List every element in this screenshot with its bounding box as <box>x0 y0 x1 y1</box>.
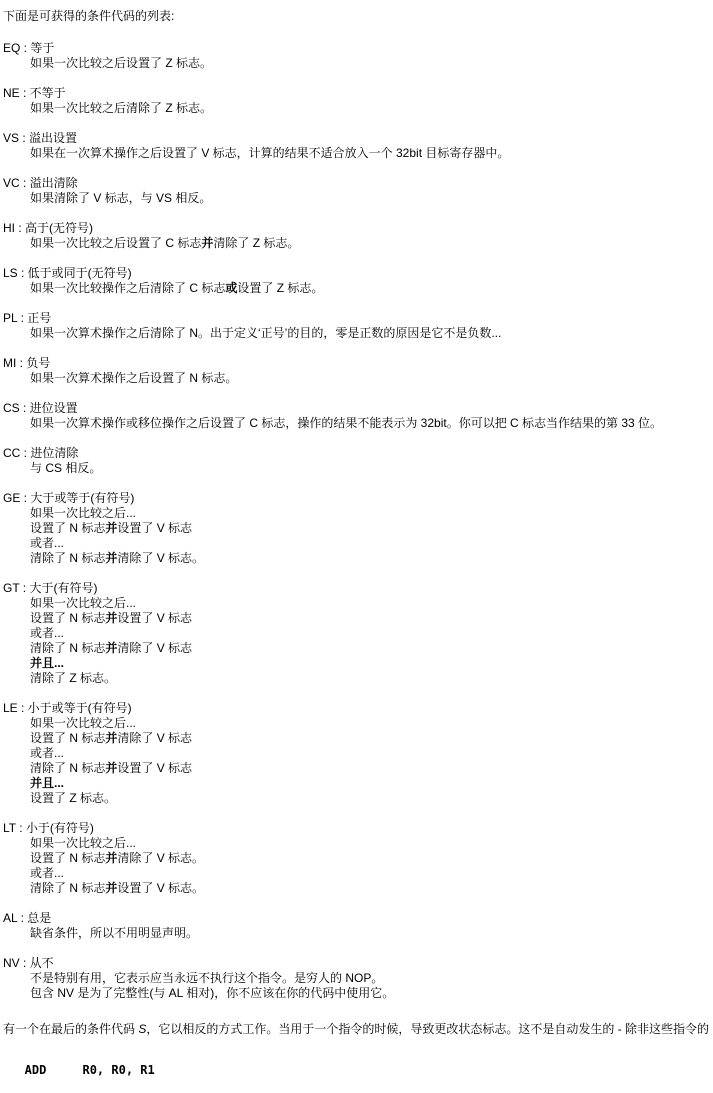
description-segment: 设置了 N 标志 <box>30 731 105 745</box>
description-line: 或者... <box>30 536 713 551</box>
footer-segment: 有一个在最后的条件代码 <box>3 1022 138 1036</box>
condition-heading: CS : 进位设置 <box>3 401 713 416</box>
condition-heading: LS : 低于或同于(无符号) <box>3 266 713 281</box>
document: 下面是可获得的条件代码的列表: EQ : 等于如果一次比较之后设置了 Z 标志。… <box>0 0 713 1078</box>
description-segment: 清除了 Z 标志。 <box>213 236 299 250</box>
condition-description: 不是特别有用，它表示应当永远不执行这个指令。是穷人的 NOP。包含 NV 是为了… <box>30 971 713 1001</box>
description-line: 设置了 N 标志并清除了 V 标志。 <box>30 851 713 866</box>
page-title: 下面是可获得的条件代码的列表: <box>3 9 713 24</box>
description-line: 如果一次比较之后... <box>30 716 713 731</box>
description-segment: 如果一次比较之后设置了 C 标志 <box>30 236 201 250</box>
condition-section-LT: LT : 小于(有符号)如果一次比较之后...设置了 N 标志并清除了 V 标志… <box>3 821 713 896</box>
condition-description: 如果一次比较之后设置了 C 标志并清除了 Z 标志。 <box>30 236 713 251</box>
description-line: 与 CS 相反。 <box>30 461 713 476</box>
description-segment: 包含 NV 是为了完整性(与 AL 相对)，你不应该在你的代码中使用它。 <box>30 986 394 1000</box>
description-line: 如果一次比较之后设置了 Z 标志。 <box>30 56 713 71</box>
description-segment: 设置了 V 标志 <box>117 521 192 535</box>
description-segment: 如果一次比较之后... <box>30 506 136 520</box>
description-line: 如果一次算术操作之后清除了 N。出于定义‘正号’的目的，零是正数的原因是它不是负… <box>30 326 713 341</box>
description-segment: 并且... <box>30 656 64 670</box>
description-segment: 设置了 V 标志。 <box>117 881 204 895</box>
condition-heading: NV : 从不 <box>3 956 713 971</box>
code-line: ADD R0, R0, R1 <box>3 1063 713 1078</box>
description-line: 如果清除了 V 标志，与 VS 相反。 <box>30 191 713 206</box>
condition-section-PL: PL : 正号如果一次算术操作之后清除了 N。出于定义‘正号’的目的，零是正数的… <box>3 311 713 341</box>
condition-heading: MI : 负号 <box>3 356 713 371</box>
condition-heading: VS : 溢出设置 <box>3 131 713 146</box>
description-segment: 并且... <box>30 776 64 790</box>
description-line: 清除了 N 标志并清除了 V 标志。 <box>30 551 713 566</box>
condition-code-list: EQ : 等于如果一次比较之后设置了 Z 标志。NE : 不等于如果一次比较之后… <box>3 41 713 1001</box>
condition-section-AL: AL : 总是缺省条件，所以不用明显声明。 <box>3 911 713 941</box>
condition-section-NE: NE : 不等于如果一次比较之后清除了 Z 标志。 <box>3 86 713 116</box>
description-line: 清除了 N 标志并设置了 V 标志 <box>30 761 713 776</box>
condition-description: 缺省条件，所以不用明显声明。 <box>30 926 713 941</box>
condition-section-NV: NV : 从不不是特别有用，它表示应当永远不执行这个指令。是穷人的 NOP。包含… <box>3 956 713 1001</box>
condition-description: 如果清除了 V 标志，与 VS 相反。 <box>30 191 713 206</box>
condition-description: 如果一次比较之后...设置了 N 标志并设置了 V 标志或者...清除了 N 标… <box>30 506 713 566</box>
condition-heading: NE : 不等于 <box>3 86 713 101</box>
description-line: 或者... <box>30 746 713 761</box>
condition-heading: EQ : 等于 <box>3 41 713 56</box>
description-segment: 或者... <box>30 866 64 880</box>
condition-description: 如果一次算术操作之后设置了 N 标志。 <box>30 371 713 386</box>
description-line: 如果一次比较之后... <box>30 836 713 851</box>
condition-description: 如果一次比较之后清除了 Z 标志。 <box>30 101 713 116</box>
description-line: 清除了 N 标志并清除了 V 标志 <box>30 641 713 656</box>
description-segment: 并 <box>201 236 213 250</box>
description-line: 清除了 N 标志并设置了 V 标志。 <box>30 881 713 896</box>
description-segment: 清除了 Z 标志。 <box>30 671 116 685</box>
description-segment: 如果一次比较操作之后清除了 C 标志 <box>30 281 225 295</box>
condition-description: 与 CS 相反。 <box>30 461 713 476</box>
description-segment: 设置了 V 标志 <box>117 611 192 625</box>
description-segment: 不是特别有用，它表示应当永远不执行这个指令。是穷人的 NOP。 <box>30 971 383 985</box>
description-segment: 并 <box>105 641 117 655</box>
condition-description: 如果一次比较操作之后清除了 C 标志或设置了 Z 标志。 <box>30 281 713 296</box>
condition-section-GT: GT : 大于(有符号)如果一次比较之后...设置了 N 标志并设置了 V 标志… <box>3 581 713 686</box>
description-line: 缺省条件，所以不用明显声明。 <box>30 926 713 941</box>
description-segment: 如果一次算术操作之后设置了 N 标志。 <box>30 371 237 385</box>
description-segment: 与 CS 相反。 <box>30 461 101 475</box>
condition-description: 如果一次比较之后...设置了 N 标志并设置了 V 标志或者...清除了 N 标… <box>30 596 713 686</box>
description-line: 并且... <box>30 776 713 791</box>
description-segment: 并 <box>105 761 117 775</box>
condition-section-CS: CS : 进位设置如果一次算术操作或移位操作之后设置了 C 标志，操作的结果不能… <box>3 401 713 431</box>
condition-heading: HI : 高于(无符号) <box>3 221 713 236</box>
description-segment: 并 <box>105 521 117 535</box>
description-line: 并且... <box>30 656 713 671</box>
condition-section-VS: VS : 溢出设置如果在一次算术操作之后设置了 V 标志，计算的结果不适合放入一… <box>3 131 713 161</box>
description-segment: 清除了 N 标志 <box>30 881 105 895</box>
description-line: 设置了 N 标志并设置了 V 标志 <box>30 521 713 536</box>
description-segment: 清除了 V 标志 <box>117 641 192 655</box>
description-segment: 设置了 V 标志 <box>117 761 192 775</box>
description-line: 如果一次算术操作或移位操作之后设置了 C 标志，操作的结果不能表示为 32bit… <box>30 416 713 431</box>
condition-heading: LE : 小于或等于(有符号) <box>3 701 713 716</box>
description-segment: 如果在一次算术操作之后设置了 V 标志，计算的结果不适合放入一个 32bit 目… <box>30 146 509 160</box>
condition-heading: AL : 总是 <box>3 911 713 926</box>
condition-description: 如果在一次算术操作之后设置了 V 标志，计算的结果不适合放入一个 32bit 目… <box>30 146 713 161</box>
condition-description: 如果一次比较之后...设置了 N 标志并清除了 V 标志。或者...清除了 N … <box>30 836 713 896</box>
condition-heading: VC : 溢出清除 <box>3 176 713 191</box>
description-segment: 清除了 V 标志。 <box>117 551 204 565</box>
description-line: 如果一次比较之后设置了 C 标志并清除了 Z 标志。 <box>30 236 713 251</box>
description-segment: 如果一次比较之后清除了 Z 标志。 <box>30 101 212 115</box>
description-segment: 并 <box>105 881 117 895</box>
description-segment: 如果一次比较之后设置了 Z 标志。 <box>30 56 212 70</box>
description-line: 设置了 N 标志并设置了 V 标志 <box>30 611 713 626</box>
description-segment: 如果一次比较之后... <box>30 716 136 730</box>
condition-heading: GT : 大于(有符号) <box>3 581 713 596</box>
condition-section-LS: LS : 低于或同于(无符号)如果一次比较操作之后清除了 C 标志或设置了 Z … <box>3 266 713 296</box>
description-segment: 缺省条件，所以不用明显声明。 <box>30 926 198 940</box>
condition-description: 如果一次算术操作或移位操作之后设置了 C 标志，操作的结果不能表示为 32bit… <box>30 416 713 431</box>
description-line: 或者... <box>30 626 713 641</box>
description-segment: 并 <box>105 611 117 625</box>
description-line: 包含 NV 是为了完整性(与 AL 相对)，你不应该在你的代码中使用它。 <box>30 986 713 1001</box>
condition-section-MI: MI : 负号如果一次算术操作之后设置了 N 标志。 <box>3 356 713 386</box>
description-segment: 并 <box>105 851 117 865</box>
description-segment: 如果一次比较之后... <box>30 836 136 850</box>
condition-heading: GE : 大于或等于(有符号) <box>3 491 713 506</box>
footer-paragraph: 有一个在最后的条件代码 S，它以相反的方式工作。当用于一个指令的时候，导致更改状… <box>3 1022 713 1037</box>
description-line: 如果一次比较之后... <box>30 506 713 521</box>
condition-section-GE: GE : 大于或等于(有符号)如果一次比较之后...设置了 N 标志并设置了 V… <box>3 491 713 566</box>
description-segment: 清除了 V 标志。 <box>117 851 204 865</box>
condition-section-HI: HI : 高于(无符号)如果一次比较之后设置了 C 标志并清除了 Z 标志。 <box>3 221 713 251</box>
condition-description: 如果一次算术操作之后清除了 N。出于定义‘正号’的目的，零是正数的原因是它不是负… <box>30 326 713 341</box>
description-line: 清除了 Z 标志。 <box>30 671 713 686</box>
description-line: 如果一次比较之后清除了 Z 标志。 <box>30 101 713 116</box>
description-line: 如果在一次算术操作之后设置了 V 标志，计算的结果不适合放入一个 32bit 目… <box>30 146 713 161</box>
description-line: 或者... <box>30 866 713 881</box>
description-line: 不是特别有用，它表示应当永远不执行这个指令。是穷人的 NOP。 <box>30 971 713 986</box>
condition-section-EQ: EQ : 等于如果一次比较之后设置了 Z 标志。 <box>3 41 713 71</box>
description-segment: 如果一次比较之后... <box>30 596 136 610</box>
footer-segment: ，它以相反的方式工作。当用于一个指令的时候，导致更改状态标志。这不是自动发生的 … <box>146 1022 709 1036</box>
description-segment: 设置了 N 标志 <box>30 851 105 865</box>
description-segment: 或者... <box>30 536 64 550</box>
condition-heading: CC : 进位清除 <box>3 446 713 461</box>
description-segment: 或者... <box>30 746 64 760</box>
description-segment: 如果清除了 V 标志，与 VS 相反。 <box>30 191 211 205</box>
condition-description: 如果一次比较之后设置了 Z 标志。 <box>30 56 713 71</box>
description-segment: 并 <box>105 551 117 565</box>
description-segment: 设置了 N 标志 <box>30 521 105 535</box>
description-segment: 并 <box>105 731 117 745</box>
description-line: 设置了 N 标志并清除了 V 标志 <box>30 731 713 746</box>
description-segment: 设置了 Z 标志。 <box>237 281 323 295</box>
condition-section-CC: CC : 进位清除与 CS 相反。 <box>3 446 713 476</box>
description-segment: 或 <box>225 281 237 295</box>
description-segment: 清除了 N 标志 <box>30 761 105 775</box>
description-segment: 设置了 N 标志 <box>30 611 105 625</box>
description-segment: 或者... <box>30 626 64 640</box>
condition-description: 如果一次比较之后...设置了 N 标志并清除了 V 标志或者...清除了 N 标… <box>30 716 713 806</box>
description-line: 如果一次比较之后... <box>30 596 713 611</box>
description-segment: 清除了 V 标志 <box>117 731 192 745</box>
description-segment: 如果一次算术操作之后清除了 N。出于定义‘正号’的目的，零是正数的原因是它不是负… <box>30 326 501 340</box>
condition-section-VC: VC : 溢出清除如果清除了 V 标志，与 VS 相反。 <box>3 176 713 206</box>
description-segment: 设置了 Z 标志。 <box>30 791 116 805</box>
condition-heading: PL : 正号 <box>3 311 713 326</box>
condition-section-LE: LE : 小于或等于(有符号)如果一次比较之后...设置了 N 标志并清除了 V… <box>3 701 713 806</box>
description-segment: 清除了 N 标志 <box>30 551 105 565</box>
description-segment: 如果一次算术操作或移位操作之后设置了 C 标志，操作的结果不能表示为 32bit… <box>30 416 662 430</box>
description-line: 设置了 Z 标志。 <box>30 791 713 806</box>
description-segment: 清除了 N 标志 <box>30 641 105 655</box>
condition-heading: LT : 小于(有符号) <box>3 821 713 836</box>
description-line: 如果一次算术操作之后设置了 N 标志。 <box>30 371 713 386</box>
description-line: 如果一次比较操作之后清除了 C 标志或设置了 Z 标志。 <box>30 281 713 296</box>
